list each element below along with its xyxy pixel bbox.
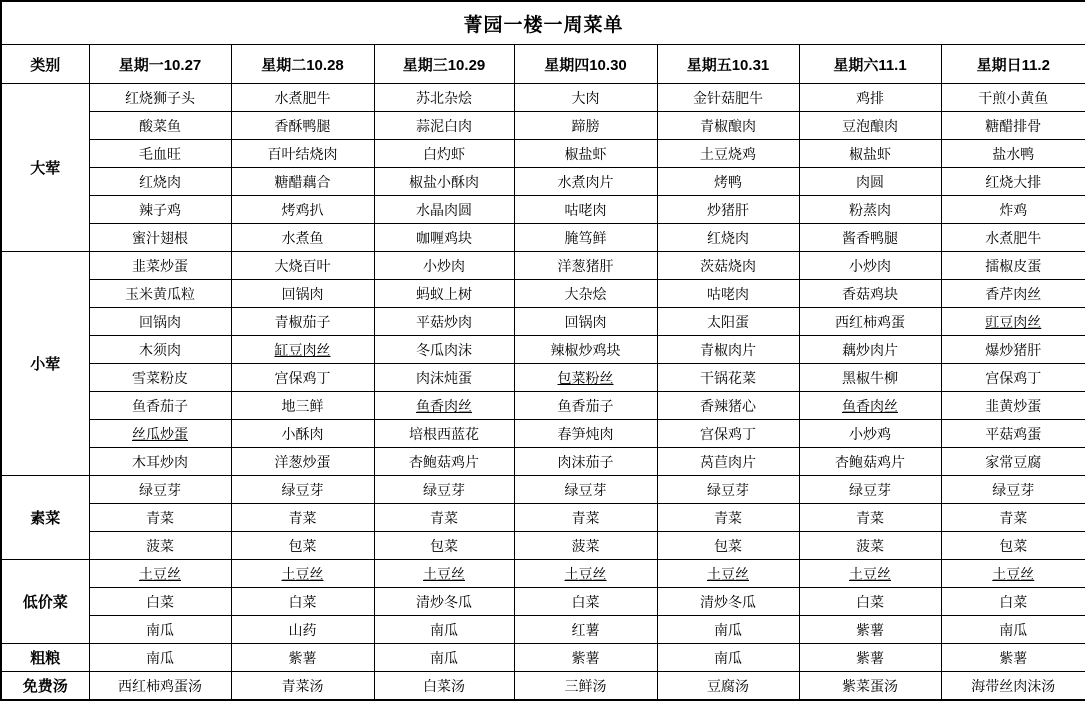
dish-cell: 包菜 — [374, 532, 514, 560]
dish-cell: 白菜 — [89, 588, 231, 616]
dish-cell: 绿豆芽 — [514, 476, 657, 504]
dish-cell: 白菜 — [231, 588, 374, 616]
dish-cell: 茨菇烧肉 — [657, 252, 799, 280]
dish-cell: 培根西蓝花 — [374, 420, 514, 448]
dish-cell: 蹄膀 — [514, 112, 657, 140]
dish-cell: 土豆丝 — [799, 560, 941, 588]
dish-cell: 白菜 — [941, 588, 1085, 616]
category-label: 粗粮 — [1, 644, 89, 672]
dish-cell: 水煮肥牛 — [941, 224, 1085, 252]
menu-row: 木耳炒肉洋葱炒蛋杏鲍菇鸡片肉沫茄子莴苣肉片杏鲍菇鸡片家常豆腐 — [1, 448, 1085, 476]
dish-cell: 绿豆芽 — [799, 476, 941, 504]
dish-cell: 青菜 — [89, 504, 231, 532]
dish-cell: 三鲜汤 — [514, 672, 657, 700]
dish-cell: 洋葱猪肝 — [514, 252, 657, 280]
dish-cell: 糖醋藕合 — [231, 168, 374, 196]
dish-cell: 宫保鸡丁 — [941, 364, 1085, 392]
dish-cell: 小炒肉 — [799, 252, 941, 280]
page-title: 菁园一楼一周菜单 — [1, 1, 1085, 45]
day-header: 星期三10.29 — [374, 45, 514, 84]
category-label: 素菜 — [1, 476, 89, 560]
day-header: 星期一10.27 — [89, 45, 231, 84]
dish-cell: 山药 — [231, 616, 374, 644]
dish-cell: 青菜 — [231, 504, 374, 532]
dish-cell: 绿豆芽 — [89, 476, 231, 504]
menu-row: 毛血旺百叶结烧肉白灼虾椒盐虾土豆烧鸡椒盐虾盐水鸭 — [1, 140, 1085, 168]
dish-cell: 大肉 — [514, 84, 657, 112]
menu-row: 素菜绿豆芽绿豆芽绿豆芽绿豆芽绿豆芽绿豆芽绿豆芽 — [1, 476, 1085, 504]
dish-cell: 水煮鱼 — [231, 224, 374, 252]
menu-row: 菠菜包菜包菜菠菜包菜菠菜包菜 — [1, 532, 1085, 560]
dish-cell: 烤鸡扒 — [231, 196, 374, 224]
day-header: 星期日11.2 — [941, 45, 1085, 84]
menu-row: 丝瓜炒蛋小酥肉培根西蓝花春笋炖肉宫保鸡丁小炒鸡平菇鸡蛋 — [1, 420, 1085, 448]
dish-cell: 回锅肉 — [514, 308, 657, 336]
day-header: 星期六11.1 — [799, 45, 941, 84]
dish-cell: 腌笃鲜 — [514, 224, 657, 252]
dish-cell: 干煎小黄鱼 — [941, 84, 1085, 112]
weekly-menu-sheet: 菁园一楼一周菜单 类别 星期一10.27星期二10.28星期三10.29星期四1… — [0, 0, 1085, 701]
dish-cell: 土豆丝 — [231, 560, 374, 588]
dish-cell: 红烧狮子头 — [89, 84, 231, 112]
dish-cell: 炸鸡 — [941, 196, 1085, 224]
dish-cell: 肉沫茄子 — [514, 448, 657, 476]
dish-cell: 青菜汤 — [231, 672, 374, 700]
category-header: 类别 — [1, 45, 89, 84]
dish-cell: 土豆丝 — [514, 560, 657, 588]
dish-cell: 木耳炒肉 — [89, 448, 231, 476]
dish-cell: 韭黄炒蛋 — [941, 392, 1085, 420]
dish-cell: 青菜 — [657, 504, 799, 532]
dish-cell: 回锅肉 — [89, 308, 231, 336]
menu-row: 青菜青菜青菜青菜青菜青菜青菜 — [1, 504, 1085, 532]
dish-cell: 酱香鸭腿 — [799, 224, 941, 252]
dish-cell: 百叶结烧肉 — [231, 140, 374, 168]
dish-cell: 西红柿鸡蛋汤 — [89, 672, 231, 700]
dish-cell: 椒盐虾 — [799, 140, 941, 168]
category-label: 大荤 — [1, 84, 89, 252]
dish-cell: 紫薯 — [799, 644, 941, 672]
dish-cell: 小炒肉 — [374, 252, 514, 280]
dish-cell: 鱼香肉丝 — [374, 392, 514, 420]
dish-cell: 回锅肉 — [231, 280, 374, 308]
dish-cell: 白灼虾 — [374, 140, 514, 168]
dish-cell: 春笋炖肉 — [514, 420, 657, 448]
dish-cell: 酸菜鱼 — [89, 112, 231, 140]
dish-cell: 南瓜 — [374, 616, 514, 644]
menu-row: 粗粮南瓜紫薯南瓜紫薯南瓜紫薯紫薯 — [1, 644, 1085, 672]
dish-cell: 毛血旺 — [89, 140, 231, 168]
dish-cell: 红烧大排 — [941, 168, 1085, 196]
dish-cell: 香菇鸡块 — [799, 280, 941, 308]
dish-cell: 小炒鸡 — [799, 420, 941, 448]
dish-cell: 南瓜 — [657, 616, 799, 644]
dish-cell: 鸡排 — [799, 84, 941, 112]
dish-cell: 绿豆芽 — [231, 476, 374, 504]
dish-cell: 青椒肉片 — [657, 336, 799, 364]
dish-cell: 菠菜 — [799, 532, 941, 560]
dish-cell: 土豆丝 — [657, 560, 799, 588]
dish-cell: 丝瓜炒蛋 — [89, 420, 231, 448]
dish-cell: 水煮肉片 — [514, 168, 657, 196]
dish-cell: 肉圆 — [799, 168, 941, 196]
dish-cell: 苏北杂烩 — [374, 84, 514, 112]
dish-cell: 包菜 — [941, 532, 1085, 560]
dish-cell: 咕咾肉 — [657, 280, 799, 308]
menu-row: 回锅肉青椒茄子平菇炒肉回锅肉太阳蛋西红柿鸡蛋豇豆肉丝 — [1, 308, 1085, 336]
dish-cell: 香芹肉丝 — [941, 280, 1085, 308]
dish-cell: 青菜 — [374, 504, 514, 532]
dish-cell: 辣子鸡 — [89, 196, 231, 224]
dish-cell: 糖醋排骨 — [941, 112, 1085, 140]
dish-cell: 白菜 — [799, 588, 941, 616]
dish-cell: 南瓜 — [657, 644, 799, 672]
dish-cell: 青菜 — [941, 504, 1085, 532]
dish-cell: 宫保鸡丁 — [231, 364, 374, 392]
title-row: 菁园一楼一周菜单 — [1, 1, 1085, 45]
dish-cell: 鱼香茄子 — [89, 392, 231, 420]
dish-cell: 绿豆芽 — [941, 476, 1085, 504]
dish-cell: 南瓜 — [374, 644, 514, 672]
dish-cell: 包菜 — [231, 532, 374, 560]
dish-cell: 椒盐虾 — [514, 140, 657, 168]
day-header: 星期五10.31 — [657, 45, 799, 84]
dish-cell: 红烧肉 — [89, 168, 231, 196]
dish-cell: 紫薯 — [799, 616, 941, 644]
menu-row: 南瓜山药南瓜红薯南瓜紫薯南瓜 — [1, 616, 1085, 644]
menu-row: 红烧肉糖醋藕合椒盐小酥肉水煮肉片烤鸭肉圆红烧大排 — [1, 168, 1085, 196]
category-label: 低价菜 — [1, 560, 89, 644]
dish-cell: 玉米黄瓜粒 — [89, 280, 231, 308]
dish-cell: 藕炒肉片 — [799, 336, 941, 364]
menu-table: 菁园一楼一周菜单 类别 星期一10.27星期二10.28星期三10.29星期四1… — [0, 0, 1085, 701]
day-header: 星期二10.28 — [231, 45, 374, 84]
menu-row: 免费汤西红柿鸡蛋汤青菜汤白菜汤三鲜汤豆腐汤紫菜蛋汤海带丝肉沫汤 — [1, 672, 1085, 700]
dish-cell: 粉蒸肉 — [799, 196, 941, 224]
dish-cell: 香辣猪心 — [657, 392, 799, 420]
dish-cell: 小酥肉 — [231, 420, 374, 448]
dish-cell: 莴苣肉片 — [657, 448, 799, 476]
dish-cell: 清炒冬瓜 — [657, 588, 799, 616]
dish-cell: 水煮肥牛 — [231, 84, 374, 112]
dish-cell: 缸豆肉丝 — [231, 336, 374, 364]
dish-cell: 青椒茄子 — [231, 308, 374, 336]
dish-cell: 蚂蚁上树 — [374, 280, 514, 308]
dish-cell: 地三鲜 — [231, 392, 374, 420]
menu-row: 雪菜粉皮宫保鸡丁肉沫炖蛋包菜粉丝干锅花菜黑椒牛柳宫保鸡丁 — [1, 364, 1085, 392]
dish-cell: 包菜粉丝 — [514, 364, 657, 392]
header-row: 类别 星期一10.27星期二10.28星期三10.29星期四10.30星期五10… — [1, 45, 1085, 84]
dish-cell: 咖喱鸡块 — [374, 224, 514, 252]
menu-row: 小荤韭菜炒蛋大烧百叶小炒肉洋葱猪肝茨菇烧肉小炒肉擂椒皮蛋 — [1, 252, 1085, 280]
dish-cell: 豆泡酿肉 — [799, 112, 941, 140]
dish-cell: 红薯 — [514, 616, 657, 644]
dish-cell: 炒猪肝 — [657, 196, 799, 224]
dish-cell: 紫薯 — [514, 644, 657, 672]
dish-cell: 黑椒牛柳 — [799, 364, 941, 392]
dish-cell: 土豆丝 — [89, 560, 231, 588]
dish-cell: 大杂烩 — [514, 280, 657, 308]
dish-cell: 菠菜 — [514, 532, 657, 560]
dish-cell: 椒盐小酥肉 — [374, 168, 514, 196]
dish-cell: 肉沫炖蛋 — [374, 364, 514, 392]
dish-cell: 金针菇肥牛 — [657, 84, 799, 112]
dish-cell: 紫薯 — [231, 644, 374, 672]
dish-cell: 平菇鸡蛋 — [941, 420, 1085, 448]
dish-cell: 香酥鸭腿 — [231, 112, 374, 140]
dish-cell: 绿豆芽 — [374, 476, 514, 504]
menu-row: 白菜白菜清炒冬瓜白菜清炒冬瓜白菜白菜 — [1, 588, 1085, 616]
category-label: 免费汤 — [1, 672, 89, 700]
dish-cell: 豇豆肉丝 — [941, 308, 1085, 336]
dish-cell: 咕咾肉 — [514, 196, 657, 224]
category-label: 小荤 — [1, 252, 89, 476]
dish-cell: 青菜 — [514, 504, 657, 532]
dish-cell: 平菇炒肉 — [374, 308, 514, 336]
menu-row: 木须肉缸豆肉丝冬瓜肉沫辣椒炒鸡块青椒肉片藕炒肉片爆炒猪肝 — [1, 336, 1085, 364]
dish-cell: 鱼香茄子 — [514, 392, 657, 420]
menu-row: 玉米黄瓜粒回锅肉蚂蚁上树大杂烩咕咾肉香菇鸡块香芹肉丝 — [1, 280, 1085, 308]
dish-cell: 白菜汤 — [374, 672, 514, 700]
dish-cell: 盐水鸭 — [941, 140, 1085, 168]
dish-cell: 绿豆芽 — [657, 476, 799, 504]
dish-cell: 紫菜蛋汤 — [799, 672, 941, 700]
dish-cell: 雪菜粉皮 — [89, 364, 231, 392]
dish-cell: 南瓜 — [89, 616, 231, 644]
dish-cell: 蒜泥白肉 — [374, 112, 514, 140]
dish-cell: 土豆丝 — [374, 560, 514, 588]
dish-cell: 土豆烧鸡 — [657, 140, 799, 168]
dish-cell: 土豆丝 — [941, 560, 1085, 588]
dish-cell: 西红柿鸡蛋 — [799, 308, 941, 336]
dish-cell: 太阳蛋 — [657, 308, 799, 336]
dish-cell: 海带丝肉沫汤 — [941, 672, 1085, 700]
dish-cell: 清炒冬瓜 — [374, 588, 514, 616]
dish-cell: 烤鸭 — [657, 168, 799, 196]
dish-cell: 白菜 — [514, 588, 657, 616]
dish-cell: 大烧百叶 — [231, 252, 374, 280]
menu-row: 鱼香茄子地三鲜鱼香肉丝鱼香茄子香辣猪心鱼香肉丝韭黄炒蛋 — [1, 392, 1085, 420]
dish-cell: 南瓜 — [941, 616, 1085, 644]
menu-row: 酸菜鱼香酥鸭腿蒜泥白肉蹄膀青椒酿肉豆泡酿肉糖醋排骨 — [1, 112, 1085, 140]
dish-cell: 菠菜 — [89, 532, 231, 560]
dish-cell: 豆腐汤 — [657, 672, 799, 700]
dish-cell: 南瓜 — [89, 644, 231, 672]
dish-cell: 木须肉 — [89, 336, 231, 364]
dish-cell: 韭菜炒蛋 — [89, 252, 231, 280]
dish-cell: 洋葱炒蛋 — [231, 448, 374, 476]
dish-cell: 宫保鸡丁 — [657, 420, 799, 448]
menu-row: 蜜汁翅根水煮鱼咖喱鸡块腌笃鲜红烧肉酱香鸭腿水煮肥牛 — [1, 224, 1085, 252]
dish-cell: 爆炒猪肝 — [941, 336, 1085, 364]
dish-cell: 杏鲍菇鸡片 — [374, 448, 514, 476]
dish-cell: 干锅花菜 — [657, 364, 799, 392]
menu-row: 大荤红烧狮子头水煮肥牛苏北杂烩大肉金针菇肥牛鸡排干煎小黄鱼 — [1, 84, 1085, 112]
dish-cell: 家常豆腐 — [941, 448, 1085, 476]
dish-cell: 杏鲍菇鸡片 — [799, 448, 941, 476]
menu-body: 大荤红烧狮子头水煮肥牛苏北杂烩大肉金针菇肥牛鸡排干煎小黄鱼酸菜鱼香酥鸭腿蒜泥白肉… — [1, 84, 1085, 701]
dish-cell: 水晶肉圆 — [374, 196, 514, 224]
dish-cell: 青菜 — [799, 504, 941, 532]
dish-cell: 辣椒炒鸡块 — [514, 336, 657, 364]
dish-cell: 鱼香肉丝 — [799, 392, 941, 420]
dish-cell: 紫薯 — [941, 644, 1085, 672]
dish-cell: 青椒酿肉 — [657, 112, 799, 140]
dish-cell: 包菜 — [657, 532, 799, 560]
dish-cell: 冬瓜肉沫 — [374, 336, 514, 364]
dish-cell: 擂椒皮蛋 — [941, 252, 1085, 280]
menu-row: 低价菜土豆丝土豆丝土豆丝土豆丝土豆丝土豆丝土豆丝 — [1, 560, 1085, 588]
day-header: 星期四10.30 — [514, 45, 657, 84]
menu-row: 辣子鸡烤鸡扒水晶肉圆咕咾肉炒猪肝粉蒸肉炸鸡 — [1, 196, 1085, 224]
dish-cell: 红烧肉 — [657, 224, 799, 252]
dish-cell: 蜜汁翅根 — [89, 224, 231, 252]
